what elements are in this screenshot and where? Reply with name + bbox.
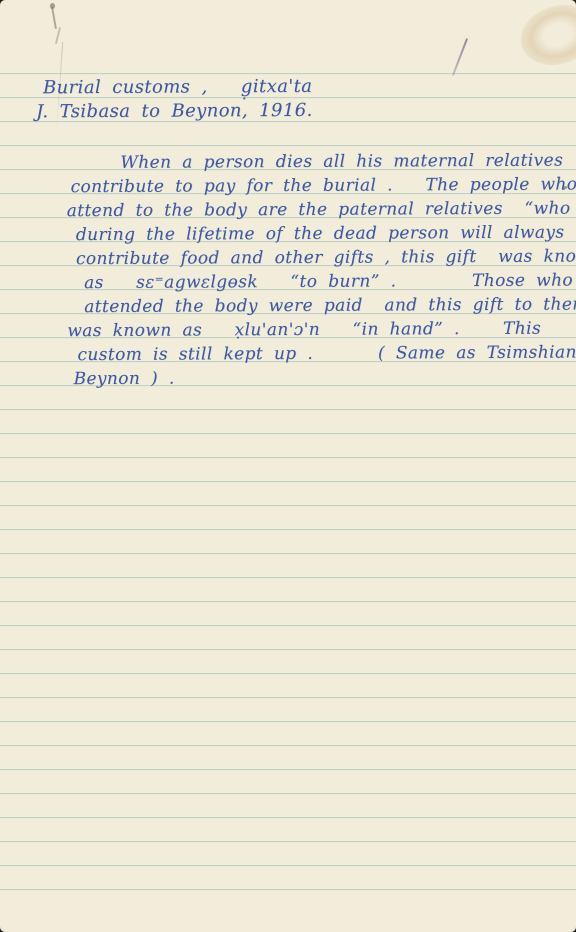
handwritten-line: during the lifetime of the dead person w… <box>76 221 565 248</box>
handwritten-line: Beynon ) . <box>73 367 174 392</box>
handwritten-line: custom is still kept up . ( Same as Tsim… <box>77 340 576 367</box>
handwritten-text-layer: Burial customs , g̣itxa'ta J. Tsibasa to… <box>0 0 576 932</box>
heading-line-2: J. Tsibasa to Beynon, 1916. <box>36 100 313 122</box>
handwritten-line: attended the body were paid and this gif… <box>84 292 576 319</box>
handwritten-line: contribute food and other gifts , this g… <box>76 244 576 271</box>
handwritten-line: contribute to pay for the burial . The p… <box>70 172 576 199</box>
handwritten-line: When a person dies all his maternal rela… <box>120 149 563 175</box>
handwritten-line: was known as x̣lu'an'ɔ'n “in hand” . Thi… <box>67 317 541 343</box>
handwritten-line: as sɛ⁼agwɛlgɵsk “to burn” . Those who <box>84 269 573 296</box>
handwritten-line: attend to the body are the paternal rela… <box>67 197 571 224</box>
heading-line-1: Burial customs , g̣itxa'ta <box>43 76 313 98</box>
manuscript-page: Burial customs , g̣itxa'ta J. Tsibasa to… <box>0 0 576 932</box>
